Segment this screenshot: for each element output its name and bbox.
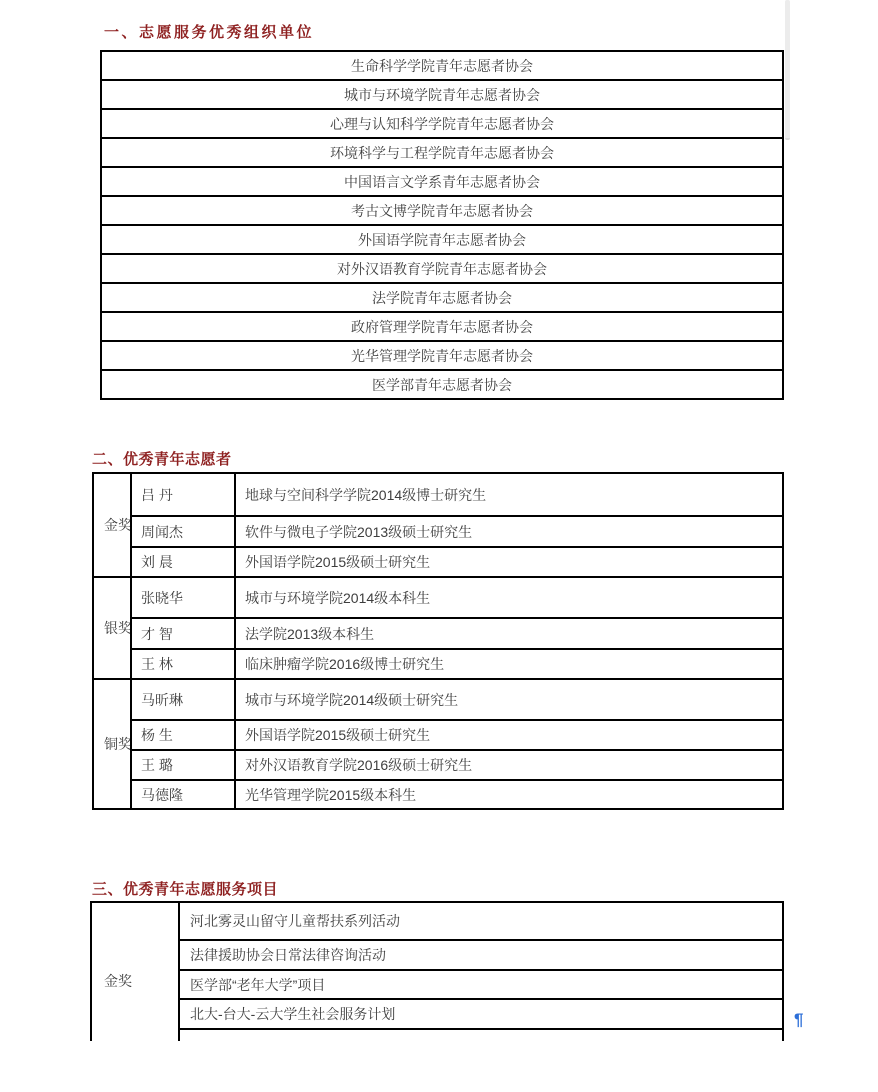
project-cell xyxy=(179,1029,783,1041)
table-row: 法律援助协会日常法律咨询活动 xyxy=(91,940,783,970)
table-row: 周闻杰 软件与微电子学院2013级硕士研究生 xyxy=(93,516,783,547)
table-row: 中国语言文学系青年志愿者协会 xyxy=(101,167,783,196)
award-label: 银奖 xyxy=(104,611,120,646)
section-heading-1: 一、志愿服务优秀组织单位 xyxy=(104,21,314,42)
volunteer-name-cell: 吕 丹 xyxy=(131,473,235,516)
volunteer-desc-cell: 对外汉语教育学院2016级硕士研究生 xyxy=(235,750,783,780)
projects-table: 金奖 河北雾灵山留守儿童帮扶系列活动 法律援助协会日常法律咨询活动 医学部“老年… xyxy=(90,901,784,1041)
volunteer-desc-cell: 临床肿瘤学院2016级博士研究生 xyxy=(235,649,783,679)
table-row: 金奖 河北雾灵山留守儿童帮扶系列活动 xyxy=(91,902,783,940)
table-row: 金奖 吕 丹 地球与空间科学学院2014级博士研究生 xyxy=(93,473,783,516)
award-cell-bronze: 铜奖 xyxy=(93,679,131,809)
volunteer-name-cell: 才 智 xyxy=(131,618,235,649)
volunteer-name-cell: 马德隆 xyxy=(131,780,235,809)
volunteer-name-cell: 张晓华 xyxy=(131,577,235,618)
section-heading-2: 二、优秀青年志愿者 xyxy=(92,448,232,469)
table-row: 北大-台大-云大学生社会服务计划 xyxy=(91,999,783,1029)
award-cell-gold: 金奖 xyxy=(93,473,131,577)
org-unit-cell: 法学院青年志愿者协会 xyxy=(101,283,783,312)
org-unit-cell: 光华管理学院青年志愿者协会 xyxy=(101,341,783,370)
table-row: 铜奖 马昕琳 城市与环境学院2014级硕士研究生 xyxy=(93,679,783,720)
award-label: 铜奖 xyxy=(104,727,120,762)
table-row: 心理与认知科学学院青年志愿者协会 xyxy=(101,109,783,138)
award-cell-silver: 银奖 xyxy=(93,577,131,679)
table-row xyxy=(91,1029,783,1041)
award-label: 金奖 xyxy=(104,973,132,989)
volunteers-table: 金奖 吕 丹 地球与空间科学学院2014级博士研究生 周闻杰 软件与微电子学院2… xyxy=(92,472,784,810)
volunteer-desc-cell: 外国语学院2015级硕士研究生 xyxy=(235,720,783,750)
table-row: 杨 生 外国语学院2015级硕士研究生 xyxy=(93,720,783,750)
table-row: 王 林 临床肿瘤学院2016级博士研究生 xyxy=(93,649,783,679)
org-unit-cell: 心理与认知科学学院青年志愿者协会 xyxy=(101,109,783,138)
award-label: 金奖 xyxy=(104,508,120,543)
document-page: { "colors": { "heading_accent": "#8E2020… xyxy=(0,0,878,1092)
org-unit-cell: 对外汉语教育学院青年志愿者协会 xyxy=(101,254,783,283)
volunteer-desc-cell: 城市与环境学院2014级硕士研究生 xyxy=(235,679,783,720)
table-row: 王 璐 对外汉语教育学院2016级硕士研究生 xyxy=(93,750,783,780)
section-heading-3: 三、优秀青年志愿服务项目 xyxy=(92,878,278,899)
org-unit-cell: 外国语学院青年志愿者协会 xyxy=(101,225,783,254)
volunteer-desc-cell: 城市与环境学院2014级本科生 xyxy=(235,577,783,618)
volunteer-desc-cell: 光华管理学院2015级本科生 xyxy=(235,780,783,809)
project-cell: 医学部“老年大学”项目 xyxy=(179,970,783,999)
volunteer-name-cell: 王 璐 xyxy=(131,750,235,780)
project-cell: 河北雾灵山留守儿童帮扶系列活动 xyxy=(179,902,783,940)
volunteer-desc-cell: 地球与空间科学学院2014级博士研究生 xyxy=(235,473,783,516)
org-unit-cell: 考古文博学院青年志愿者协会 xyxy=(101,196,783,225)
table-row: 马德隆 光华管理学院2015级本科生 xyxy=(93,780,783,809)
volunteer-desc-cell: 外国语学院2015级硕士研究生 xyxy=(235,547,783,577)
table-row: 医学部青年志愿者协会 xyxy=(101,370,783,399)
project-cell: 法律援助协会日常法律咨询活动 xyxy=(179,940,783,970)
table-row: 刘 晨 外国语学院2015级硕士研究生 xyxy=(93,547,783,577)
table-row: 考古文博学院青年志愿者协会 xyxy=(101,196,783,225)
table-row: 法学院青年志愿者协会 xyxy=(101,283,783,312)
volunteer-name-cell: 王 林 xyxy=(131,649,235,679)
volunteer-name-cell: 周闻杰 xyxy=(131,516,235,547)
volunteer-desc-cell: 法学院2013级本科生 xyxy=(235,618,783,649)
org-unit-cell: 政府管理学院青年志愿者协会 xyxy=(101,312,783,341)
table-row: 环境科学与工程学院青年志愿者协会 xyxy=(101,138,783,167)
table-row: 政府管理学院青年志愿者协会 xyxy=(101,312,783,341)
table-row: 医学部“老年大学”项目 xyxy=(91,970,783,999)
volunteer-name-cell: 杨 生 xyxy=(131,720,235,750)
pilcrow-paragraph-mark-icon: ¶ xyxy=(794,1010,803,1030)
volunteer-desc-cell: 软件与微电子学院2013级硕士研究生 xyxy=(235,516,783,547)
table-row: 光华管理学院青年志愿者协会 xyxy=(101,341,783,370)
org-unit-cell: 城市与环境学院青年志愿者协会 xyxy=(101,80,783,109)
org-unit-cell: 环境科学与工程学院青年志愿者协会 xyxy=(101,138,783,167)
award-cell-gold: 金奖 xyxy=(91,902,179,1041)
org-units-table: 生命科学学院青年志愿者协会 城市与环境学院青年志愿者协会 心理与认知科学学院青年… xyxy=(100,50,784,400)
volunteer-name-cell: 刘 晨 xyxy=(131,547,235,577)
org-unit-cell: 生命科学学院青年志愿者协会 xyxy=(101,51,783,80)
table-row: 对外汉语教育学院青年志愿者协会 xyxy=(101,254,783,283)
table-row: 生命科学学院青年志愿者协会 xyxy=(101,51,783,80)
scrollbar-thumb[interactable] xyxy=(785,0,790,140)
org-unit-cell: 医学部青年志愿者协会 xyxy=(101,370,783,399)
table-row: 外国语学院青年志愿者协会 xyxy=(101,225,783,254)
table-row: 才 智 法学院2013级本科生 xyxy=(93,618,783,649)
project-cell: 北大-台大-云大学生社会服务计划 xyxy=(179,999,783,1029)
table-row: 银奖 张晓华 城市与环境学院2014级本科生 xyxy=(93,577,783,618)
org-unit-cell: 中国语言文学系青年志愿者协会 xyxy=(101,167,783,196)
volunteer-name-cell: 马昕琳 xyxy=(131,679,235,720)
table-row: 城市与环境学院青年志愿者协会 xyxy=(101,80,783,109)
